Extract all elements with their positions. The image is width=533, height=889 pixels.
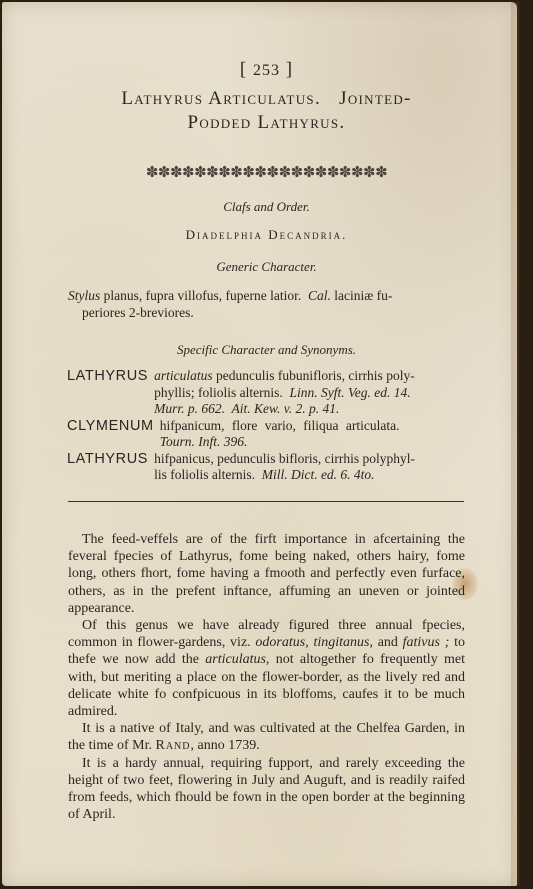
synonym-reference-2: Murr. p. 662. Ait. Kew. v. 2. p. 41. — [154, 401, 339, 416]
cal-label: Cal. — [308, 288, 331, 303]
synonym-line-2: phyllis; foliolis alternis. — [154, 385, 289, 400]
synonyms-list: LATHYRUS articulatus pedunculis fubunifl… — [67, 368, 469, 484]
body-text: The feed-veffels are of the firft import… — [68, 531, 465, 823]
title-line-1: Lathyrus Articulatus. Jointed- — [0, 87, 533, 111]
generic-text-a: planus, fupra villofus, fuperne latior. — [100, 288, 308, 303]
species-odoratus: odoratus — [255, 635, 305, 650]
synonym-entry: LATHYRUS hifpanicus, pedunculis bifloris… — [67, 451, 469, 484]
generic-line-2: periores 2-breviores. — [68, 304, 468, 321]
generic-lead: Stylus — [68, 288, 100, 303]
bracket-close: ] — [286, 59, 293, 80]
generic-text-b: laciniæ fu- — [331, 288, 392, 303]
synonym-species: articulatus — [154, 368, 213, 383]
synonym-line-1: pedunculis fubunifloris, cirrhis poly- — [213, 368, 415, 383]
generic-character-text: Stylus planus, fupra villofus, fuperne l… — [68, 287, 468, 321]
synonym-entry: LATHYRUS articulatus pedunculis fubunifl… — [67, 368, 469, 418]
class-order-heading: Clafs and Order. — [0, 199, 533, 215]
species-tingitanus: tingitanus — [313, 635, 369, 650]
synonym-genus: CLYMENUM — [67, 418, 160, 435]
page-title: Lathyrus Articulatus. Jointed- Podded La… — [0, 87, 533, 135]
p3-text-b: , anno 1739. — [191, 738, 260, 753]
synonym-genus: LATHYRUS — [67, 451, 154, 468]
paragraph-genus-species: Of this genus we have already figured th… — [68, 617, 465, 720]
species-sativus: fativus ; — [403, 635, 450, 650]
page-number: [ 253 ] — [0, 58, 533, 83]
class-order-value: Diadelphia Decandria. — [0, 227, 533, 243]
synonym-line-1: hifpanicus, pedunculis bifloris, cirrhis… — [154, 451, 469, 468]
title-line-2: Podded Lathyrus. — [0, 111, 533, 135]
synonym-line-1: hifpanicum, flore vario, filiqua articul… — [160, 418, 469, 435]
synonym-entry: CLYMENUM hifpanicum, flore vario, filiqu… — [67, 418, 469, 451]
person-rand: Rand — [156, 738, 191, 753]
page-number-value: 253 — [253, 62, 280, 79]
synonym-reference: Linn. Syft. Veg. ed. 14. — [289, 385, 410, 400]
synonym-genus: LATHYRUS — [67, 368, 154, 385]
section-divider — [68, 501, 464, 502]
page-header: [ 253 ] Lathyrus Articulatus. Jointed- P… — [0, 58, 533, 135]
generic-character-heading: Generic Character. — [0, 259, 533, 275]
paragraph-cultivation: It is a hardy annual, requiring fupport,… — [68, 755, 465, 824]
asterisk-ornament-row: ✽✽✽✽✽✽✽✽✽✽✽✽✽✽✽✽✽✽✽✽ — [0, 163, 533, 182]
bracket-open: [ — [240, 59, 247, 80]
p2-sep-2: , and — [369, 635, 402, 650]
species-articulatus: articulatus — [205, 652, 266, 667]
synonym-reference: Tourn. Inft. 396. — [160, 434, 248, 449]
paragraph-native: It is a native of Italy, and was cultiva… — [68, 720, 465, 754]
p3-text-a: It is a native of Italy, and was cultiva… — [68, 721, 465, 753]
synonym-line-2: lis foliolis alternis. — [154, 467, 262, 482]
specific-character-heading: Specific Character and Synonyms. — [0, 342, 533, 358]
synonym-reference: Mill. Dict. ed. 6. 4to. — [262, 467, 375, 482]
paragraph-seed-vessels: The feed-veffels are of the firft import… — [68, 531, 465, 617]
